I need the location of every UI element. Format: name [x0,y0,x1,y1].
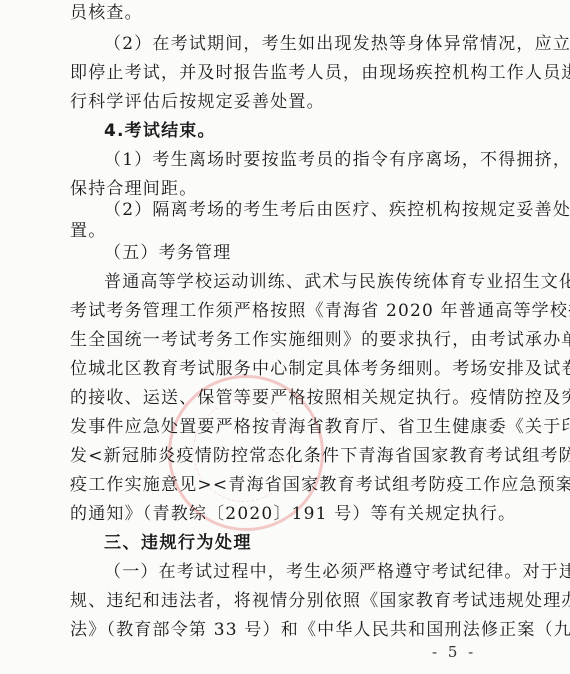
document-page: 员核查。（2）在考试期间，考生如出现发热等身体异常情况，应立即停止考试，并及时报… [0,0,570,674]
text-line: （2）隔离考场的考生考后由医疗、疾控机构按规定妥善处 [104,199,504,221]
subsection-heading: 4.考试结束。 [104,120,504,142]
text-line: 置。 [70,220,504,242]
text-line: （五）考务管理 [104,242,504,264]
text-line: 即停止考试，并及时报告监考人员，由现场疾控机构工作人员进 [70,62,504,84]
page-number: - 5 - [432,643,476,661]
text-line: 行科学评估后按规定妥善处置。 [70,91,504,113]
text-line: 员核查。 [70,2,504,24]
section-heading: 三、违规行为处理 [104,532,504,554]
text-line: 的接收、运送、保管等要严格按照相关规定执行。疫情防控及突 [70,387,504,409]
text-line: 位城北区教育考试服务中心制定具体考务细则。考场安排及试卷 [70,358,504,380]
text-line: 发<新冠肺炎疫情防控常态化条件下青海省国家教育考试组考防 [70,445,504,467]
text-line: （2）在考试期间，考生如出现发热等身体异常情况，应立 [104,33,504,55]
text-line: 保持合理间距。 [70,178,504,200]
text-line: 规、违纪和违法者，将视情分别依照《国家教育考试违规处理办 [70,590,504,612]
text-line: （一）在考试过程中，考生必须严格遵守考试纪律。对于违 [104,561,504,583]
text-line: （1）考生离场时要按监考员的指令有序离场，不得拥挤， [104,149,504,171]
text-line: 生全国统一考试考务工作实施细则》的要求执行，由考试承办单 [70,329,504,351]
text-line: 的通知》（青教综〔2020〕191 号）等有关规定执行。 [70,503,504,525]
text-line: 发事件应急处置要严格按青海省教育厅、省卫生健康委《关于印 [70,416,504,438]
text-line: 考试考务管理工作须严格按照《青海省 2020 年普通高等学校招 [70,300,504,322]
text-line: 法》（教育部令第 33 号）和《中华人民共和国刑法修正案（九）》 [70,619,504,641]
text-line: 疫工作实施意见><青海省国家教育考试组考防疫工作应急预案> [70,474,504,496]
text-line: 普通高等学校运动训练、武术与民族传统体育专业招生文化 [104,271,504,293]
